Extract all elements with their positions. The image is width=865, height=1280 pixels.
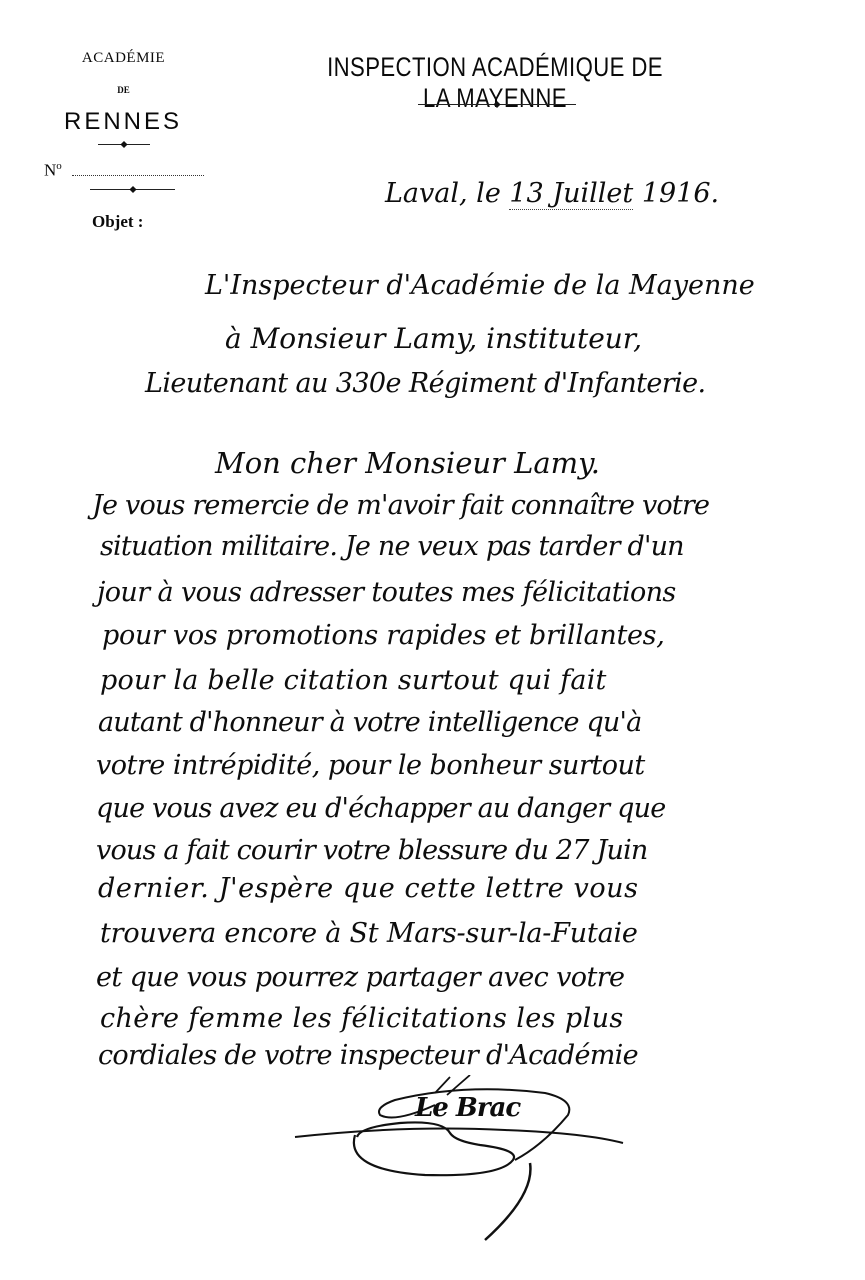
- number-label: No: [44, 160, 62, 181]
- body-line: jour à vous adresser toutes mes félicita…: [97, 577, 676, 608]
- body-line: votre intrépidité, pour le bonheur surto…: [96, 750, 645, 781]
- body-line: Je vous remercie de m'avoir fait connaît…: [92, 490, 709, 521]
- body-line: autant d'honneur à votre intelligence qu…: [98, 707, 641, 738]
- body-line: chère femme les félicitations les plus: [100, 1003, 624, 1034]
- body-line: trouvera encore à St Mars-sur-la-Futaie: [100, 918, 638, 949]
- body-line: pour la belle citation surtout qui fait: [100, 665, 607, 696]
- body-line: dernier. J'espère que cette lettre vous: [98, 873, 639, 904]
- signature-text: Le Brac: [415, 1093, 520, 1123]
- body-line: que vous avez eu d'échapper au danger qu…: [96, 793, 665, 824]
- body-line: pour vos promotions rapides et brillante…: [102, 620, 665, 651]
- body-line: vous a fait courir votre blessure du 27 …: [96, 835, 648, 866]
- signature: Le Brac: [285, 1075, 625, 1245]
- body-line: situation militaire. Je ne veux pas tard…: [100, 531, 684, 562]
- body-line: et que vous pourrez partager avec votre: [96, 962, 624, 993]
- letter-body: Je vous remercie de m'avoir fait connaît…: [92, 0, 792, 1080]
- body-line: cordiales de votre inspecteur d'Académie: [98, 1040, 638, 1071]
